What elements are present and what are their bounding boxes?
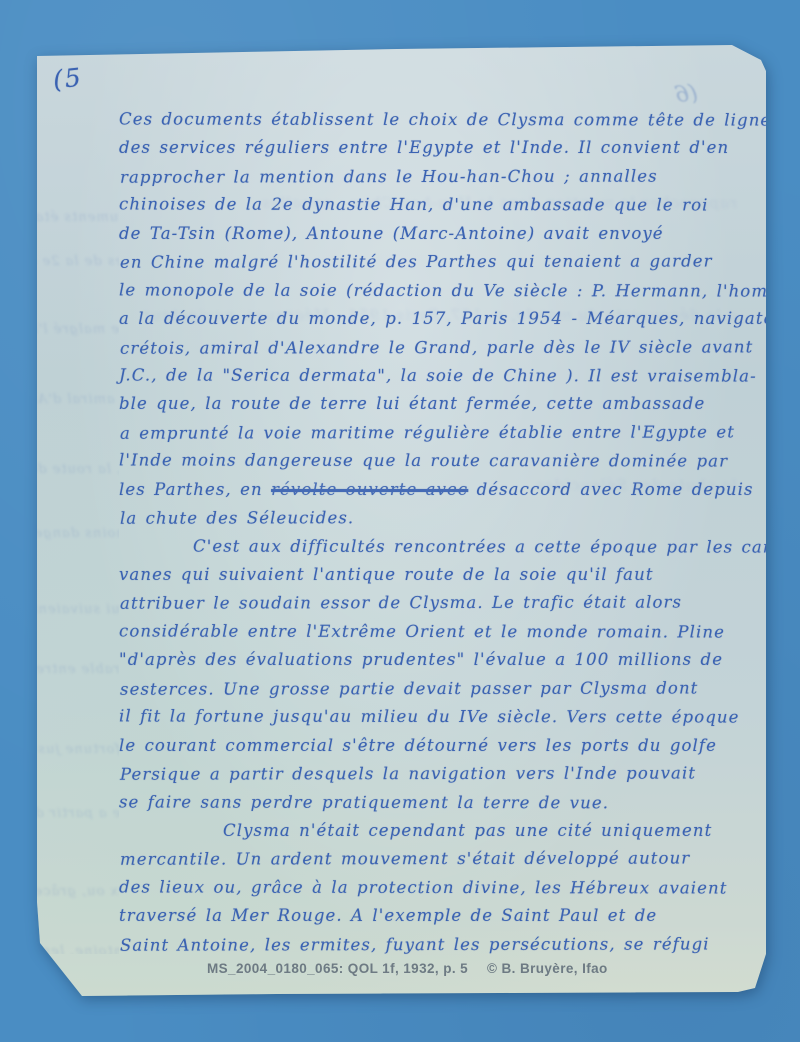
bleedthrough-fragment: il fit la fortune jusqu'au milieu du IVe… [37,742,119,757]
manuscript-text: Ces documents établissent le choix de Cl… [119,106,779,959]
caption-reference: MS_2004_0180_065: QOL 1f, 1932, p. 5 [207,961,468,976]
line-segment: les Parthes, en [119,480,271,499]
bleedthrough-fragment: vanes qui suivaient l'antique route de l… [37,602,119,617]
manuscript-line: crétois, amiral d'Alexandre le Grand, pa… [120,333,780,363]
manuscript-line: il fit la fortune jusqu'au milieu du IVe… [119,703,779,733]
struck-text: révolte ouverte avec [271,480,468,499]
manuscript-page: (5 (6 rapprocher la mention dans le Hou-… [37,44,766,996]
manuscript-line: l'Inde moins dangereuse que la route car… [119,447,779,477]
manuscript-line: Ces documents établissent le choix de Cl… [119,105,779,135]
bleedthrough-fragment: en Chine malgré l'hostilité des Parthes … [37,322,119,337]
manuscript-line: a emprunté la voie maritime régulière ét… [120,418,780,448]
manuscript-line: J.C., de la "Serica dermata", la soie de… [119,361,779,391]
bleedthrough-fragment: considérable entre l'Extrême Orient et l… [37,662,119,677]
bleedthrough-fragment: l'Inde moins dangereuse que la route car… [37,526,119,541]
manuscript-line: traversé la Mer Rouge. A l'exemple de Sa… [119,902,779,930]
manuscript-line-with-strikethrough: les Parthes, en révolte ouverte avec dés… [119,476,779,504]
manuscript-line: sesterces. Une grosse partie devait pass… [120,674,780,704]
bleedthrough-margin: Ces documents établissent le choix de Cl… [37,154,119,954]
bleedthrough-fragment: Persique a partir desquels la navigation… [37,806,119,821]
scan-background: (5 (6 rapprocher la mention dans le Hou-… [0,0,800,1042]
bleedthrough-fragment: Saint Antoine, les ermites, fuyant les p… [37,944,119,954]
manuscript-line: en Chine malgré l'hostilité des Parthes … [120,247,780,277]
manuscript-line: attribuer le soudain essor de Clysma. Le… [120,589,780,619]
manuscript-line: a la découverte du monde, p. 157, Paris … [119,305,779,333]
line-segment: désaccord avec Rome depuis [468,480,753,499]
bleedthrough-fragment: crétois, amiral d'Alexandre le Grand, pa… [37,392,119,407]
bleedthrough-fragment: ble que, la route de terre lui étant fer… [37,462,119,477]
caption-bar: MS_2004_0180_065: QOL 1f, 1932, p. 5 © B… [37,961,766,983]
manuscript-line: considérable entre l'Extrême Orient et l… [119,617,779,647]
manuscript-line: Persique a partir desquels la navigation… [120,759,780,789]
caption-copyright: © B. Bruyère, Ifao [487,961,608,976]
manuscript-line: vanes qui suivaient l'antique route de l… [119,561,779,589]
manuscript-line: C'est aux difficultés rencontrées a cett… [119,532,779,562]
manuscript-line: ble que, la route de terre lui étant fer… [119,390,779,418]
bleedthrough-fragment: Ces documents établissent le choix de Cl… [37,210,119,225]
folio-number: (5 [52,63,85,95]
manuscript-line: rapprocher la mention dans le Hou-han-Ch… [120,162,780,192]
manuscript-line: Saint Antoine, les ermites, fuyant les p… [120,930,780,960]
manuscript-line: chinoises de la 2e dynastie Han, d'une a… [119,191,779,221]
manuscript-line: de Ta-Tsin (Rome), Antoune (Marc-Antoine… [119,220,779,248]
bleedthrough-fragment: des lieux ou, grâce à la protection divi… [37,884,119,899]
manuscript-line: le courant commercial s'être détourné ve… [119,732,779,760]
manuscript-line: des lieux ou, grâce à la protection divi… [119,873,779,903]
manuscript-line: Clysma n'était cependant pas une cité un… [119,817,779,845]
manuscript-line: la chute des Séleucides. [120,503,780,533]
manuscript-line: mercantile. Un ardent mouvement s'était … [120,845,780,875]
bleedthrough-fragment: chinoises de la 2e dynastie Han, d'une a… [37,254,119,269]
manuscript-line: se faire sans perdre pratiquement la ter… [119,788,779,818]
manuscript-line: le monopole de la soie (rédaction du Ve … [119,276,779,306]
manuscript-line: des services réguliers entre l'Egypte et… [119,134,779,162]
manuscript-line: "d'après des évaluations prudentes" l'év… [119,646,779,674]
verso-folio-ghost: (6 [673,81,699,109]
